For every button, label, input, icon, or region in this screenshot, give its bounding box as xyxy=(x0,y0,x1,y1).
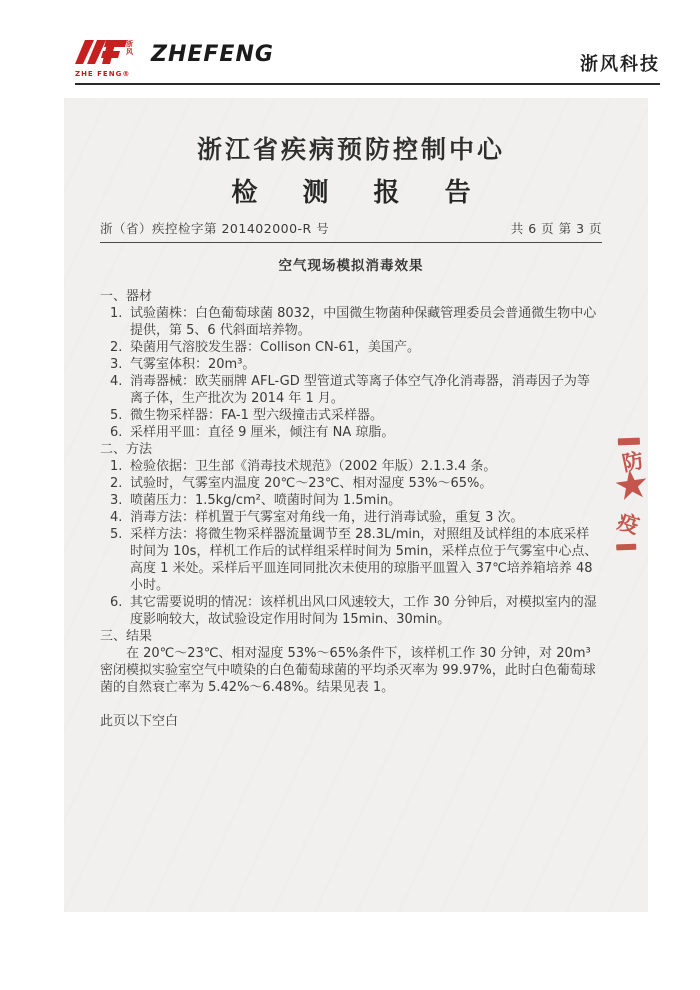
section-heading-results: 三、结果 xyxy=(100,628,602,645)
item-number: 6. xyxy=(110,424,130,441)
list-item: 3. 喷菌压力：1.5kg/cm²、喷菌时间为 1.5min。 xyxy=(100,492,602,509)
list-item: 4. 消毒器械：欧芙丽牌 AFL-GD 型管道式等离子体空气净化消毒器，消毒因子… xyxy=(100,373,602,407)
item-number: 1. xyxy=(110,305,130,339)
seal-char-bottom: 疫 xyxy=(614,506,643,541)
logo-cn-bottom: 风 xyxy=(126,48,133,56)
item-text: 试验时，气雾室内温度 20℃～23℃、相对湿度 53%～65%。 xyxy=(130,475,602,492)
item-text: 微生物采样器：FA-1 型六级撞击式采样器。 xyxy=(130,407,602,424)
seal-star-icon: ★ xyxy=(613,462,649,508)
list-item: 2. 染菌用气溶胶发生器：Collison CN-61，美国产。 xyxy=(100,339,602,356)
section-heading-equipment: 一、器材 xyxy=(100,288,602,305)
item-number: 4. xyxy=(110,373,130,407)
item-number: 5. xyxy=(110,526,130,594)
page-indicator: 共 6 页 第 3 页 xyxy=(511,219,602,237)
item-number: 4. xyxy=(110,509,130,526)
doc-title: 检 测 报 告 xyxy=(100,172,602,209)
logo-cn-chars: 浙 风 xyxy=(126,40,133,56)
list-item: 2. 试验时，气雾室内温度 20℃～23℃、相对湿度 53%～65%。 xyxy=(100,475,602,492)
report-body: 一、器材 1. 试验菌株：白色葡萄球菌 8032，中国微生物菌种保藏管理委员会普… xyxy=(100,288,602,730)
org-title: 浙江省疾病预防控制中心 xyxy=(100,130,602,166)
brand-name-latin: ZHEFENG xyxy=(151,42,274,67)
seal-char-top: 防 xyxy=(619,444,646,478)
list-item: 5. 微生物采样器：FA-1 型六级撞击式采样器。 xyxy=(100,407,602,424)
zhefeng-logo-icon: 浙 风 ZHE FENG® xyxy=(75,40,139,76)
section-heading-methods: 二、方法 xyxy=(100,441,602,458)
item-text: 喷菌压力：1.5kg/cm²、喷菌时间为 1.5min。 xyxy=(130,492,602,509)
item-text: 其它需要说明的情况：该样机出风口风速较大，工作 30 分钟后，对模拟室内的湿度影… xyxy=(130,594,602,628)
seal-frame-bottom xyxy=(616,544,636,551)
brand-logo: 浙 风 ZHE FENG® ZHEFENG xyxy=(75,40,274,76)
zf-emblem-icon xyxy=(75,40,129,70)
logo-cn-top: 浙 xyxy=(126,40,133,48)
item-number: 2. xyxy=(110,475,130,492)
list-item: 4. 消毒方法：样机置于气雾室对角线一角，进行消毒试验，重复 3 次。 xyxy=(100,509,602,526)
logo-caption: ZHE FENG® xyxy=(75,70,130,78)
list-item: 1. 试验菌株：白色葡萄球菌 8032，中国微生物菌种保藏管理委员会普通微生物中… xyxy=(100,305,602,339)
partial-seal-stamp: 防 ★ 疫 xyxy=(605,435,649,556)
list-item: 6. 采样用平皿：直径 9 厘米，倾注有 NA 琼脂。 xyxy=(100,424,602,441)
item-number: 3. xyxy=(110,492,130,509)
report-ref-no: 浙（省）疾控检字第 201402000-R 号 xyxy=(100,219,329,237)
report-subject: 空气现场模拟消毒效果 xyxy=(100,254,602,274)
item-text: 采样方法：将微生物采样器流量调节至 28.3L/min，对照组及试样组的本底采样… xyxy=(130,526,602,594)
brand-header: 浙 风 ZHE FENG® ZHEFENG 浙风科技 xyxy=(75,40,660,85)
list-item: 6. 其它需要说明的情况：该样机出风口风速较大，工作 30 分钟后，对模拟室内的… xyxy=(100,594,602,628)
ref-row: 浙（省）疾控检字第 201402000-R 号 共 6 页 第 3 页 xyxy=(100,219,602,243)
item-text: 消毒器械：欧芙丽牌 AFL-GD 型管道式等离子体空气净化消毒器，消毒因子为等离… xyxy=(130,373,602,407)
report-paper: 浙江省疾病预防控制中心 检 测 报 告 浙（省）疾控检字第 201402000-… xyxy=(64,98,648,912)
blank-below-note: 此页以下空白 xyxy=(100,713,602,730)
list-item: 5. 采样方法：将微生物采样器流量调节至 28.3L/min，对照组及试样组的本… xyxy=(100,526,602,594)
scanned-document-page: 浙 风 ZHE FENG® ZHEFENG 浙风科技 浙江省疾病预防控制中心 检… xyxy=(0,0,700,990)
item-text: 采样用平皿：直径 9 厘米，倾注有 NA 琼脂。 xyxy=(130,424,602,441)
item-text: 染菌用气溶胶发生器：Collison CN-61，美国产。 xyxy=(130,339,602,356)
item-number: 5. xyxy=(110,407,130,424)
item-number: 1. xyxy=(110,458,130,475)
item-number: 2. xyxy=(110,339,130,356)
company-name-cn: 浙风科技 xyxy=(580,50,660,76)
results-paragraph: 在 20℃～23℃、相对湿度 53%～65%条件下，该样机工作 30 分钟，对 … xyxy=(100,645,602,696)
item-text: 试验菌株：白色葡萄球菌 8032，中国微生物菌种保藏管理委员会普通微生物中心提供… xyxy=(130,305,602,339)
item-number: 6. xyxy=(110,594,130,628)
item-number: 3. xyxy=(110,356,130,373)
item-text: 消毒方法：样机置于气雾室对角线一角，进行消毒试验，重复 3 次。 xyxy=(130,509,602,526)
item-text: 气雾室体积：20m³。 xyxy=(130,356,602,373)
seal-frame-top xyxy=(618,438,640,446)
item-text: 检验依据：卫生部《消毒技术规范》（2002 年版）2.1.3.4 条。 xyxy=(130,458,602,475)
list-item: 3. 气雾室体积：20m³。 xyxy=(100,356,602,373)
list-item: 1. 检验依据：卫生部《消毒技术规范》（2002 年版）2.1.3.4 条。 xyxy=(100,458,602,475)
